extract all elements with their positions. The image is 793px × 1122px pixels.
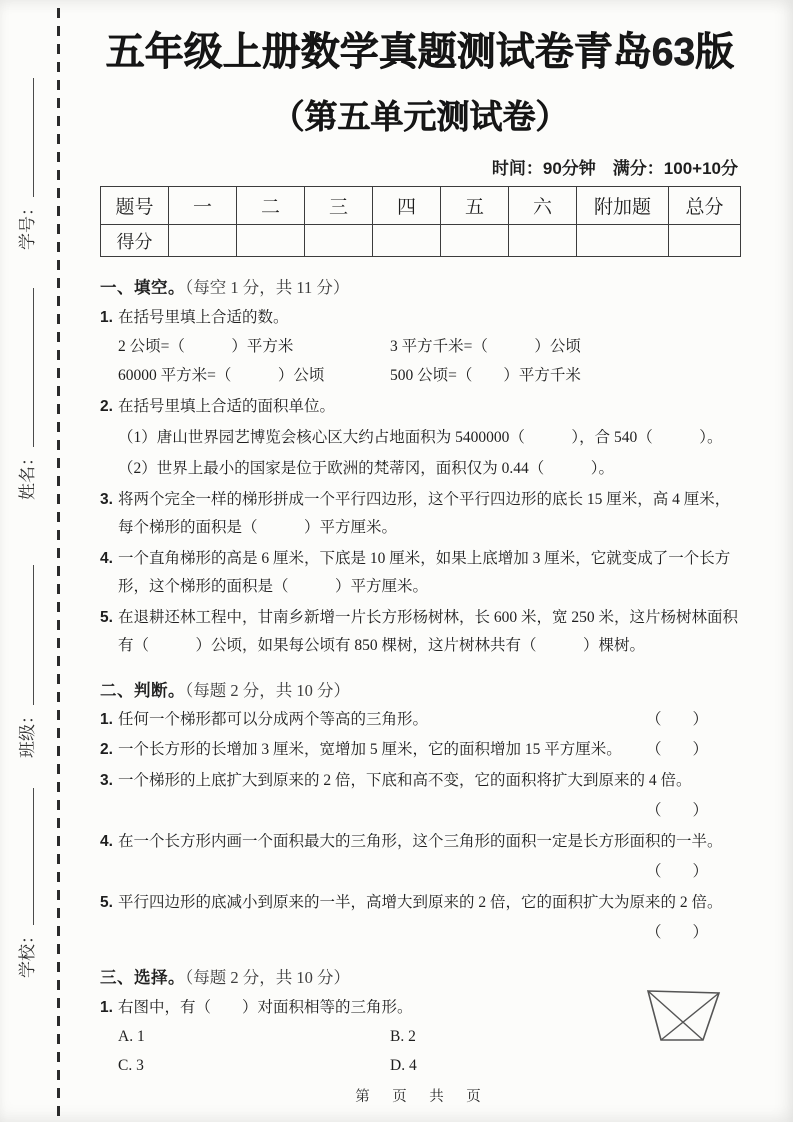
class-label: 班级： bbox=[13, 707, 46, 758]
question-text: 一个长方形的长增加 3 厘米，宽增加 5 厘米，它的面积增加 15 平方厘米。 bbox=[118, 741, 622, 758]
blank-item: 2 公顷=（ ）平方米 bbox=[118, 333, 390, 361]
score-cell-empty bbox=[441, 225, 509, 257]
blank-row: 2 公顷=（ ）平方米 3 平方千米=（ ）公顷 bbox=[100, 333, 740, 361]
score-header-cell: 题号 bbox=[101, 187, 169, 225]
blank-item: 500 公顷=（ ）平方千米 bbox=[390, 362, 740, 390]
score-header-cell: 附加题 bbox=[577, 187, 669, 225]
question-number: 2. bbox=[100, 741, 113, 758]
question-number: 3. bbox=[100, 491, 113, 508]
option-c: C. 3 bbox=[118, 1052, 390, 1080]
student-id-fill-line bbox=[33, 78, 34, 197]
section-2-title: 二、判断。 bbox=[100, 682, 185, 700]
question: 1.任何一个梯形都可以分成两个等高的三角形。 bbox=[100, 706, 640, 734]
answer-bracket-line: （ ） bbox=[100, 796, 740, 825]
judge-item: 2.一个长方形的长增加 3 厘米，宽增加 5 厘米，它的面积增加 15 平方厘米… bbox=[100, 736, 740, 764]
question-text: 在括号里填上合适的数。 bbox=[118, 309, 289, 326]
question-text: 在括号里填上合适的面积单位。 bbox=[118, 398, 335, 415]
question-number: 1. bbox=[100, 309, 113, 326]
score-header-cell: 三 bbox=[305, 187, 373, 225]
score-table-score-row: 得分 bbox=[101, 225, 741, 257]
question: 4.在一个长方形内画一个面积最大的三角形，这个三角形的面积一定是长方形面积的一半… bbox=[100, 828, 740, 856]
sidebar-field-class: 班级： bbox=[6, 565, 46, 758]
question-text: 任何一个梯形都可以分成两个等高的三角形。 bbox=[118, 711, 428, 728]
question-number: 3. bbox=[100, 772, 113, 789]
question: 5.在退耕还林工程中，甘南乡新增一片长方形杨树林，长 600 米，宽 250 米… bbox=[100, 604, 740, 660]
name-fill-line bbox=[33, 288, 34, 447]
score-header-cell: 六 bbox=[509, 187, 577, 225]
score-header-cell: 四 bbox=[373, 187, 441, 225]
question-number: 2. bbox=[100, 398, 113, 415]
sidebar-field-student-id: 学号： bbox=[6, 78, 46, 250]
choice-question-block: 1.右图中，有（ ）对面积相等的三角形。 A. 1 B. 2 C. 3 D. 4 bbox=[100, 994, 740, 1080]
question: 3.将两个完全一样的梯形拼成一个平行四边形，这个平行四边形的底长 15 厘米，高… bbox=[100, 486, 740, 542]
answer-bracket: （ ） bbox=[646, 802, 740, 819]
paper-body: 五年级上册数学真题测试卷青岛63版 （第五单元测试卷） 时间：90分钟 满分：1… bbox=[100, 0, 740, 1080]
section-3-note: （每题 2 分，共 10 分） bbox=[185, 968, 350, 987]
section-1-title: 一、填空。 bbox=[100, 279, 185, 297]
score-header-cell: 五 bbox=[441, 187, 509, 225]
question: 1.在括号里填上合适的数。 bbox=[100, 304, 740, 332]
test-paper-page: { "page": { "title": "五年级上册数学真题测试卷青岛63版"… bbox=[0, 0, 793, 1122]
page-title: 五年级上册数学真题测试卷青岛63版 bbox=[100, 30, 740, 77]
question: 2.在括号里填上合适的面积单位。 bbox=[100, 393, 740, 421]
section-2-note: （每题 2 分，共 10 分） bbox=[185, 681, 350, 700]
page-footer: 第 页 共 页 bbox=[100, 1085, 740, 1106]
answer-bracket: （ ） bbox=[646, 706, 740, 734]
answer-bracket-line: （ ） bbox=[100, 857, 740, 886]
question: 3.一个梯形的上底扩大到原来的 2 倍，下底和高不变，它的面积将扩大到原来的 4… bbox=[100, 767, 740, 795]
exam-time-score-info: 时间：90分钟 满分：100+10分 bbox=[100, 154, 738, 179]
score-cell-empty bbox=[237, 225, 305, 257]
page-subtitle: （第五单元测试卷） bbox=[100, 97, 740, 137]
score-cell-empty bbox=[577, 225, 669, 257]
option-d: D. 4 bbox=[390, 1052, 740, 1080]
score-header-cell: 一 bbox=[169, 187, 237, 225]
option-row: C. 3 D. 4 bbox=[100, 1052, 740, 1080]
score-cell-empty bbox=[509, 225, 577, 257]
question-text: 在一个长方形内画一个面积最大的三角形，这个三角形的面积一定是长方形面积的一半。 bbox=[118, 833, 723, 850]
question-text: 平行四边形的底减小到原来的一半，高增大到原来的 2 倍，它的面积扩大为原来的 2… bbox=[118, 894, 723, 911]
question-text: 右图中，有（ ）对面积相等的三角形。 bbox=[118, 999, 413, 1016]
section-3-title: 三、选择。 bbox=[100, 969, 185, 987]
question-text: 一个直角梯形的高是 6 厘米，下底是 10 厘米，如果上底增加 3 厘米，它就变… bbox=[118, 550, 730, 595]
trapezoid-with-diagonals-figure bbox=[642, 984, 726, 1046]
question-text: 将两个完全一样的梯形拼成一个平行四边形，这个平行四边形的底长 15 厘米，高 4… bbox=[118, 491, 730, 536]
score-header-cell: 总分 bbox=[669, 187, 741, 225]
judge-item: 1.任何一个梯形都可以分成两个等高的三角形。 （ ） bbox=[100, 706, 740, 734]
answer-bracket: （ ） bbox=[646, 863, 740, 880]
answer-bracket: （ ） bbox=[646, 924, 740, 941]
school-fill-line bbox=[33, 788, 34, 925]
score-cell-empty bbox=[169, 225, 237, 257]
school-label: 学校： bbox=[13, 927, 46, 978]
question-number: 5. bbox=[100, 894, 113, 911]
class-fill-line bbox=[33, 565, 34, 705]
question-number: 1. bbox=[100, 711, 113, 728]
sub-question: （2）世界上最小的国家是位于欧洲的梵蒂冈，面积仅为 0.44（ ）。 bbox=[100, 455, 740, 483]
question-number: 1. bbox=[100, 999, 113, 1016]
question: 2.一个长方形的长增加 3 厘米，宽增加 5 厘米，它的面积增加 15 平方厘米… bbox=[100, 736, 640, 764]
option-a: A. 1 bbox=[118, 1023, 390, 1051]
question-number: 5. bbox=[100, 609, 113, 626]
score-table-header-row: 题号 一 二 三 四 五 六 附加题 总分 bbox=[101, 187, 741, 225]
sidebar-field-school: 学校： bbox=[6, 788, 46, 978]
question-number: 4. bbox=[100, 550, 113, 567]
score-cell-empty bbox=[305, 225, 373, 257]
student-id-label: 学号： bbox=[13, 199, 46, 250]
question-number: 4. bbox=[100, 833, 113, 850]
score-cell-empty bbox=[669, 225, 741, 257]
fold-dashed-line bbox=[57, 8, 60, 1122]
name-label: 姓名： bbox=[13, 449, 46, 500]
section-1-heading: 一、填空。（每空 1 分，共 11 分） bbox=[100, 275, 740, 301]
blank-row: 60000 平方米=（ ）公顷 500 公顷=（ ）平方千米 bbox=[100, 362, 740, 390]
blank-item: 60000 平方米=（ ）公顷 bbox=[118, 362, 390, 390]
score-cell-empty bbox=[373, 225, 441, 257]
section-2-heading: 二、判断。（每题 2 分，共 10 分） bbox=[100, 678, 740, 704]
question-text: 一个梯形的上底扩大到原来的 2 倍，下底和高不变，它的面积将扩大到原来的 4 倍… bbox=[118, 772, 692, 789]
question: 4.一个直角梯形的高是 6 厘米，下底是 10 厘米，如果上底增加 3 厘米，它… bbox=[100, 545, 740, 601]
answer-bracket-line: （ ） bbox=[100, 918, 740, 947]
section-1-note: （每空 1 分，共 11 分） bbox=[185, 278, 349, 297]
score-table: 题号 一 二 三 四 五 六 附加题 总分 得分 bbox=[100, 186, 741, 257]
question: 5.平行四边形的底减小到原来的一半，高增大到原来的 2 倍，它的面积扩大为原来的… bbox=[100, 889, 740, 917]
sub-question: （1）唐山世界园艺博览会核心区大约占地面积为 5400000（ ），合 540（… bbox=[100, 424, 740, 452]
score-row-label: 得分 bbox=[101, 225, 169, 257]
sidebar-field-name: 姓名： bbox=[6, 288, 46, 500]
answer-bracket: （ ） bbox=[646, 736, 740, 764]
question-text: 在退耕还林工程中，甘南乡新增一片长方形杨树林，长 600 米，宽 250 米，这… bbox=[118, 609, 738, 654]
score-header-cell: 二 bbox=[237, 187, 305, 225]
blank-item: 3 平方千米=（ ）公顷 bbox=[390, 333, 740, 361]
